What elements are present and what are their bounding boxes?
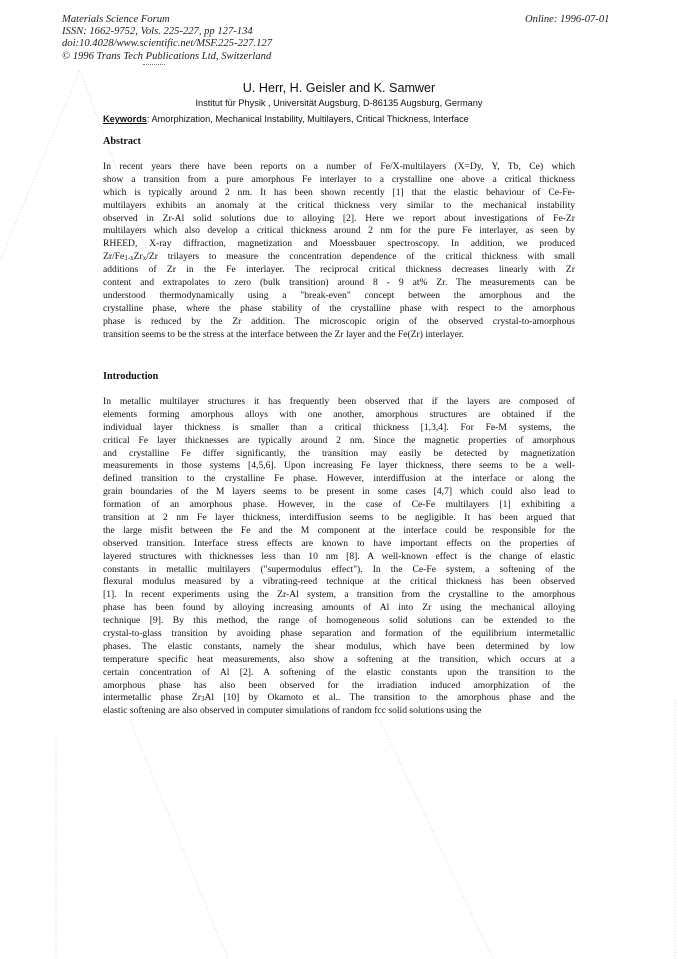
text-line: formation of an amorphous phase. However… (103, 499, 575, 512)
text-line: critical Fe layer thicknesses are typica… (103, 435, 575, 448)
subscript: 1-x (124, 254, 133, 262)
text-line: technique [9]. By this method, the range… (103, 615, 575, 628)
text-line: understood thermodynamically using a "br… (103, 290, 575, 303)
journal-name: Materials Science Forum (62, 14, 272, 26)
text-line: certain concentration of Al [2]. A softe… (103, 667, 575, 680)
introduction-heading: Introduction (103, 371, 158, 382)
authors: U. Herr, H. Geisler and K. Samwer (0, 81, 678, 95)
keywords-list: : Amorphization, Mechanical Instability,… (147, 114, 469, 124)
text-line: which is typically around 2 nm. It has b… (103, 187, 575, 200)
text-line: Zr/Fe1-xZrx/Zr trilayers to measure the … (103, 251, 575, 264)
text-line: observed transition. Interface stress ef… (103, 538, 575, 551)
text-line: defined transition to the crystalline Fe… (103, 473, 575, 486)
text-line: In metallic multilayer structures it has… (103, 396, 575, 409)
text-line: phase has been found by alloying increas… (103, 602, 575, 615)
introduction-body: In metallic multilayer structures it has… (103, 396, 575, 718)
text-line: elastic softening are also observed in c… (103, 705, 575, 718)
text-line: content and extrapolates to zero (bulk t… (103, 277, 575, 290)
text-line: grain boundaries of the M layers seems t… (103, 486, 575, 499)
text-line: multilayers which also develop a critica… (103, 225, 575, 238)
keywords-label: Keywords (103, 114, 147, 124)
subscript: 3 (201, 695, 205, 703)
text-line: In recent years there have been reports … (103, 161, 575, 174)
text-line: crystalline phase, where the phase stabi… (103, 303, 575, 316)
text-line: RHEED, X-ray diffraction, magnetization … (103, 238, 575, 251)
text-line: show a transition from a pure amorphous … (103, 174, 575, 187)
citation-header: Materials Science Forum ISSN: 1662-9752,… (62, 14, 272, 63)
text-line: phases. The elastic constants, namely th… (103, 641, 575, 654)
text-line: additions of Zr in the Fe interlayer. Th… (103, 264, 575, 277)
text-line: flexural modulus measured by a vibrating… (103, 576, 575, 589)
text-line: amorphous phase has also been observed f… (103, 680, 575, 693)
affiliation: Institut für Physik , Universität Augsbu… (0, 98, 678, 108)
text-line: elements forming amorphous alloys with o… (103, 409, 575, 422)
text-line: layered structures with thicknesses less… (103, 551, 575, 564)
text-line: individual layer thickness is smaller th… (103, 422, 575, 435)
text-line: intermetallic phase Zr3Al [10] by Okamot… (103, 692, 575, 705)
text-line: constants in metallic multilayers ("supe… (103, 564, 575, 577)
text-line: transition at 2 nm Fe layer thickness, i… (103, 512, 575, 525)
text-line: and crystalline Fe differ significantly,… (103, 448, 575, 461)
abstract-heading: Abstract (103, 136, 141, 147)
text-line: the large misfit between the Fe and the … (103, 525, 575, 538)
text-line: crystal-to-glass transition by avoiding … (103, 628, 575, 641)
text-line: multilayers exhibits an anomaly at the c… (103, 200, 575, 213)
subscript: x (143, 254, 147, 262)
text-line: transition seems to be the stress at the… (103, 329, 575, 342)
text-line: observed in Zr-Al solid solutions due to… (103, 213, 575, 226)
text-line: measurements in those systems [4,5,6]. U… (103, 460, 575, 473)
copyright-line: © 1996 Trans Tech Publications Ltd, Swit… (62, 51, 272, 63)
text-line: [1]. In recent experiments using the Zr-… (103, 589, 575, 602)
online-date: Online: 1996-07-01 (525, 14, 609, 25)
doi-line: doi:10.4028/www.scientific.net/MSF.225-2… (62, 38, 272, 50)
issn-line: ISSN: 1662-9752, Vols. 225-227, pp 127-1… (62, 26, 272, 38)
abstract-body: In recent years there have been reports … (103, 161, 575, 341)
text-line: phase is reduced by the Zr addition. The… (103, 316, 575, 329)
keywords: Keywords: Amorphization, Mechanical Inst… (103, 114, 469, 124)
scan-artifact (143, 64, 165, 68)
text-line: temperature specific heat measurements, … (103, 654, 575, 667)
